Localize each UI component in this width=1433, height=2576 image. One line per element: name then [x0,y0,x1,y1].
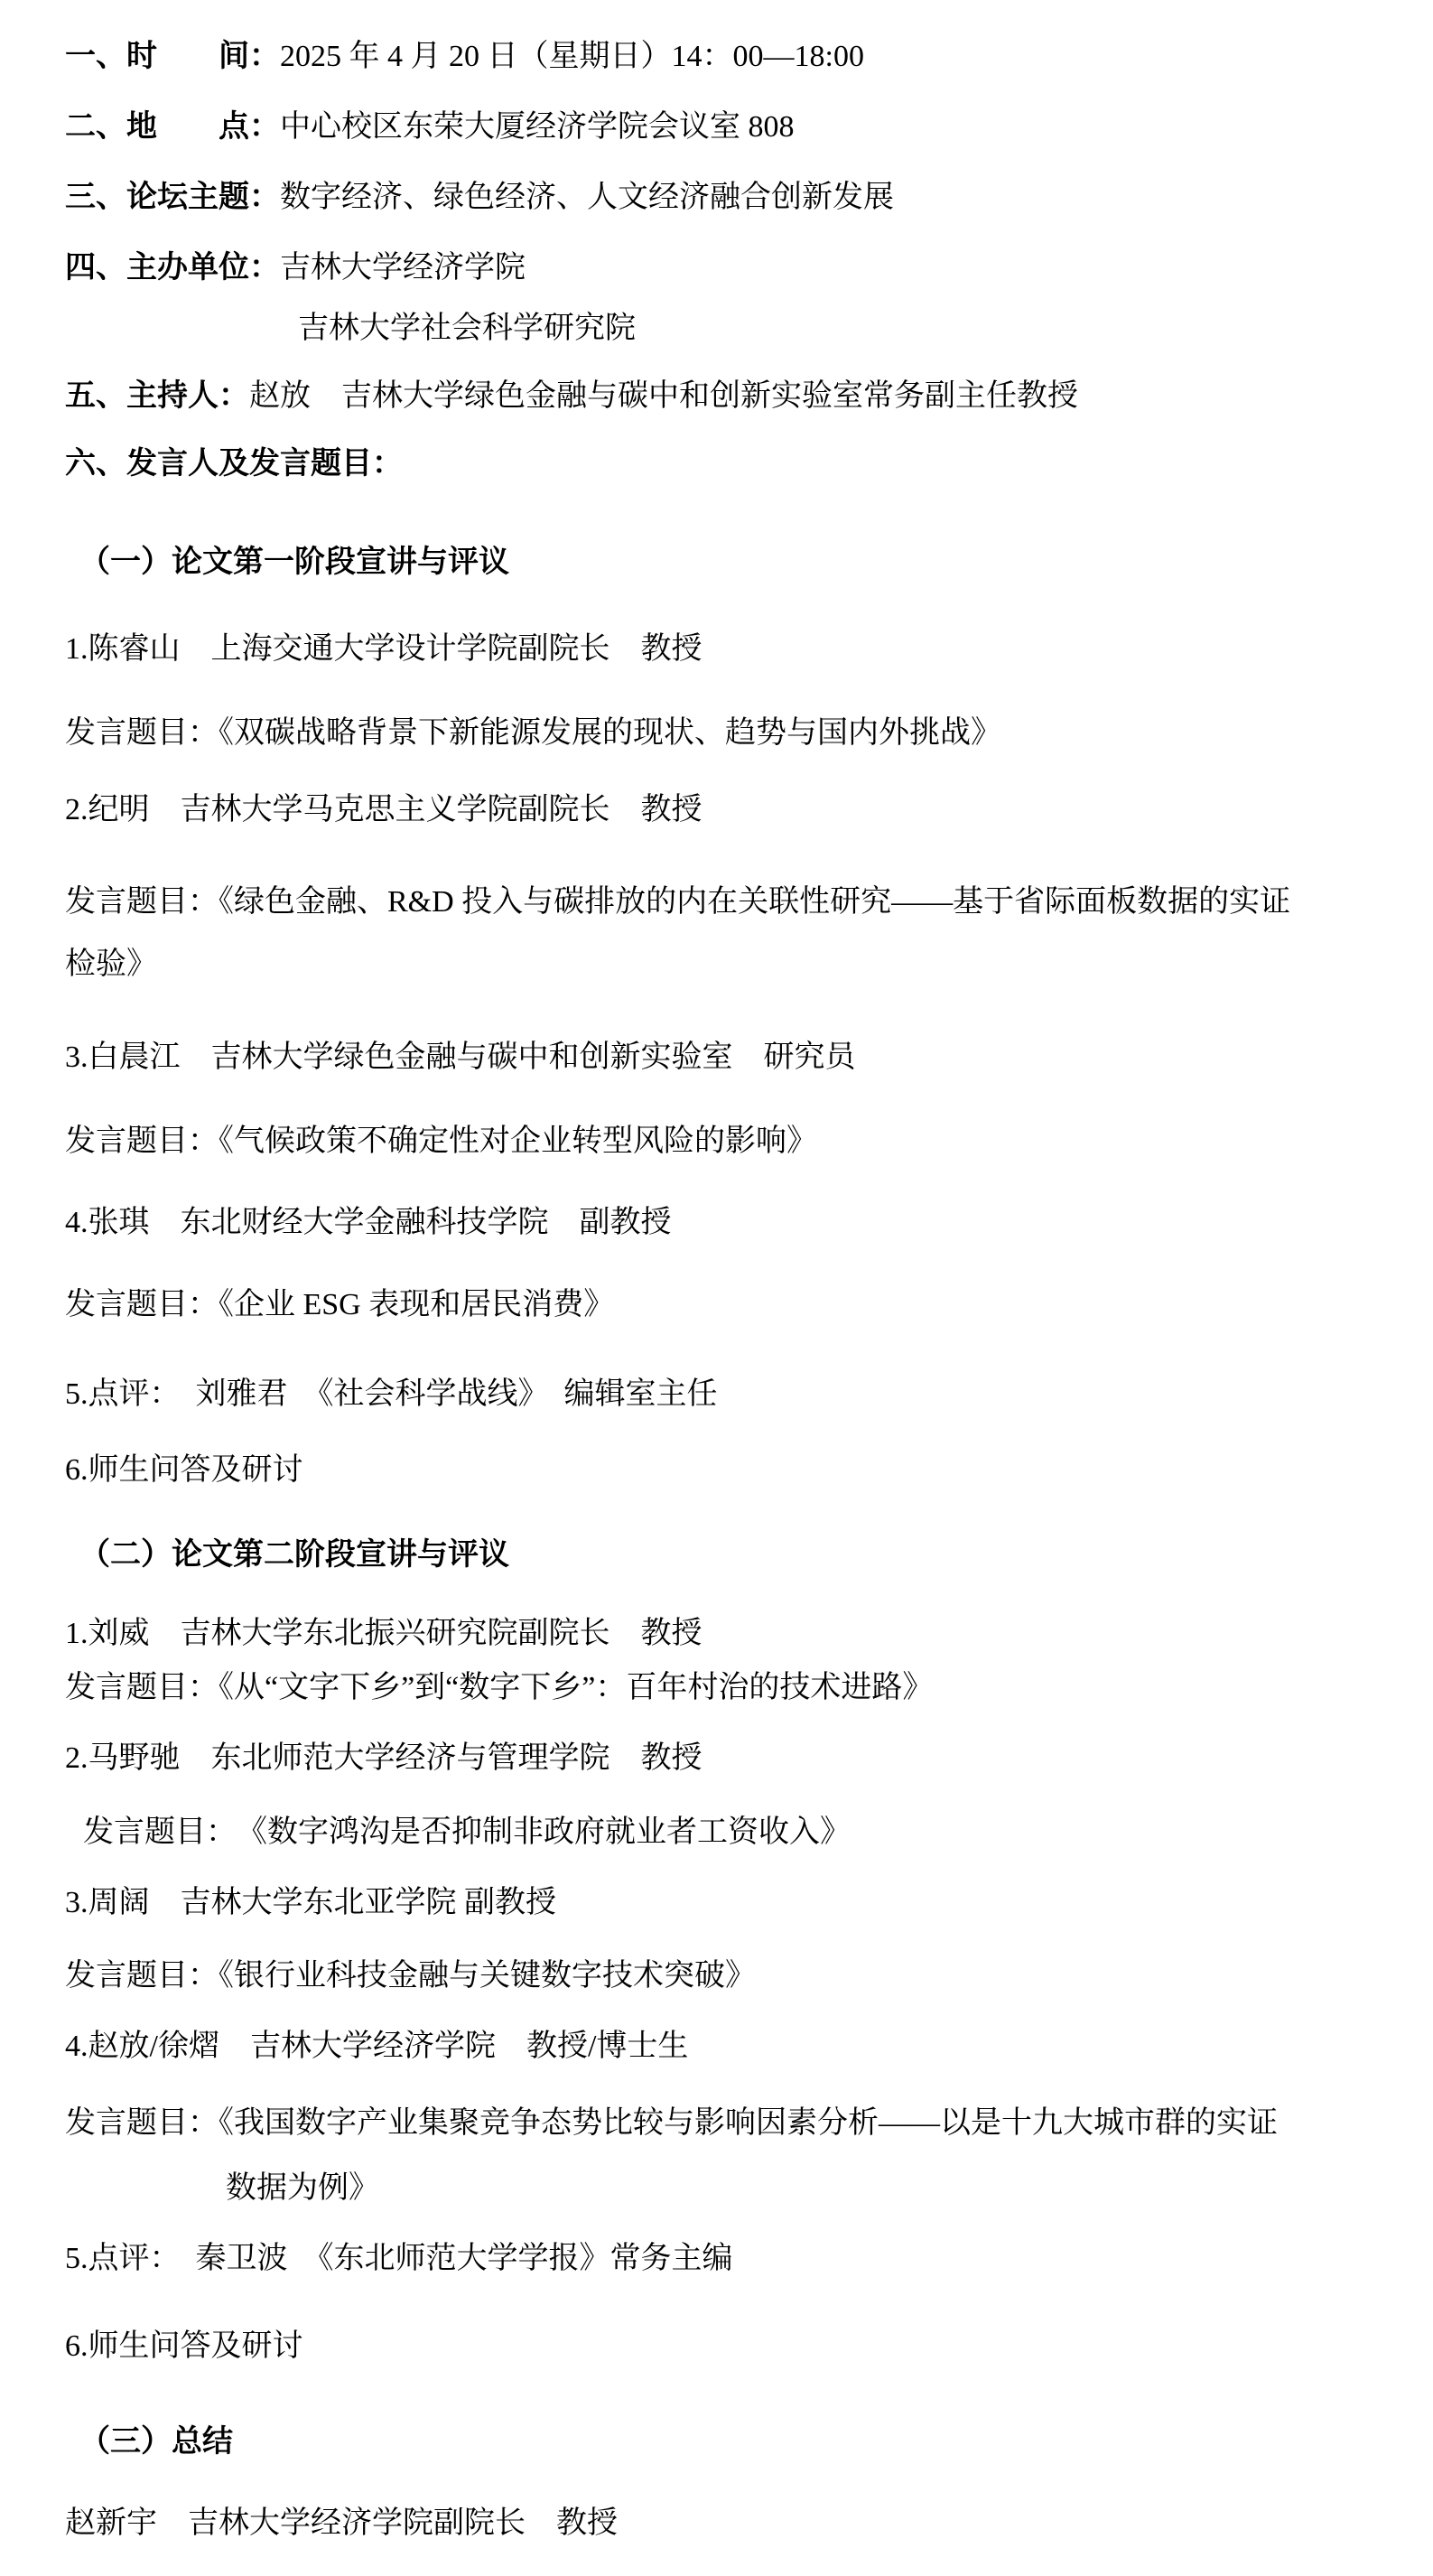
section-2-topic-4-continuation: 数据为例》 [65,2172,1397,2204]
section-2-speaker-2: 2.马野驰 东北师范大学经济与管理学院 教授 [65,1742,1397,1774]
section-1-speaker-1: 1.陈睿山 上海交通大学设计学院副院长 教授 [65,633,1397,665]
section-1-speaker-2: 2.纪明 吉林大学马克思主义学院副院长 教授 [65,794,1397,826]
section-1-topic-2: 发言题目：《绿色金融、R&D 投入与碳排放的内在关联性研究——基于省际面板数据的… [65,886,1397,918]
meta-forum-topic-row: 三、论坛主题：数字经济、绿色经济、人文经济融合创新发展 [65,182,1397,213]
section-2-topic-2: 发言题目： 《数字鸿沟是否抑制非政府就业者工资收入》 [65,1816,1397,1848]
section-2-review-line: 5.点评： 秦卫波 《东北师范大学学报》常务主编 [65,2243,1397,2274]
meta-time-label: 一、时 间： [65,40,280,73]
section-1-qa-line: 6.师生问答及研讨 [65,1454,1397,1486]
meta-time-value: 2025 年 4 月 20 日（星期日）14：00—18:00 [280,40,864,73]
section-3-heading: （三）总结 [65,2426,1397,2458]
section-2-topic-4: 发言题目：《我国数字产业集聚竞争态势比较与影响因素分析——以是十九大城市群的实证 [65,2107,1397,2139]
meta-host-label: 五、主持人： [65,379,249,413]
meta-speakers-heading-row: 六、发言人及发言题目： [65,448,1397,480]
meta-organizer-row: 四、主办单位：吉林大学经济学院 [65,252,1397,284]
section-2-qa-line: 6.师生问答及研讨 [65,2330,1397,2362]
section-2-speaker-4: 4.赵放/徐熠 吉林大学经济学院 教授/博士生 [65,2030,1397,2062]
section-1-heading: （一）论文第一阶段宣讲与评议 [65,546,1397,578]
section-2-speaker-1: 1.刘威 吉林大学东北振兴研究院副院长 教授 [65,1618,1397,1649]
section-1-topic-4: 发言题目：《企业 ESG 表现和居民消费》 [65,1289,1397,1321]
section-2-speaker-3: 3.周阔 吉林大学东北亚学院 副教授 [65,1887,1397,1918]
meta-host-row: 五、主持人：赵放 吉林大学绿色金融与碳中和创新实验室常务副主任教授 [65,380,1397,412]
meta-time-row: 一、时 间：2025 年 4 月 20 日（星期日）14：00—18:00 [65,41,1397,72]
section-1-topic-3: 发言题目：《气候政策不确定性对企业转型风险的影响》 [65,1125,1397,1157]
meta-organizer-label: 四、主办单位： [65,251,280,285]
section-2-topic-1: 发言题目：《从“文字下乡”到“数字下乡”：百年村治的技术进路》 [65,1672,1397,1703]
meta-location-label: 二、地 点： [65,110,280,144]
meta-forum-topic-value: 数字经济、绿色经济、人文经济融合创新发展 [280,181,894,214]
section-2-topic-3: 发言题目：《银行业科技金融与关键数字技术突破》 [65,1960,1397,1992]
section-3-speaker-1: 赵新宇 吉林大学经济学院副院长 教授 [65,2507,1397,2539]
section-1-topic-2-continuation: 检验》 [65,948,1397,980]
section-1-speaker-4: 4.张琪 东北财经大学金融科技学院 副教授 [65,1207,1397,1238]
meta-location-row: 二、地 点：中心校区东荣大厦经济学院会议室 808 [65,111,1397,143]
meta-location-value: 中心校区东荣大厦经济学院会议室 808 [280,110,795,144]
section-1-speaker-3: 3.白晨江 吉林大学绿色金融与碳中和创新实验室 研究员 [65,1041,1397,1073]
meta-organizer-value: 吉林大学经济学院 [280,251,526,285]
meta-host-value: 赵放 吉林大学绿色金融与碳中和创新实验室常务副主任教授 [249,379,1078,413]
section-1-topic-1: 发言题目：《双碳战略背景下新能源发展的现状、趋势与国内外挑战》 [65,717,1397,749]
section-1-review-line: 5.点评： 刘雅君 《社会科学战线》 编辑室主任 [65,1378,1397,1410]
section-2-heading: （二）论文第二阶段宣讲与评议 [65,1539,1397,1571]
meta-forum-topic-label: 三、论坛主题： [65,181,280,214]
meta-speakers-heading-label: 六、发言人及发言题目： [65,447,403,481]
organizer-line2: 吉林大学社会科学研究院 [65,313,1397,344]
